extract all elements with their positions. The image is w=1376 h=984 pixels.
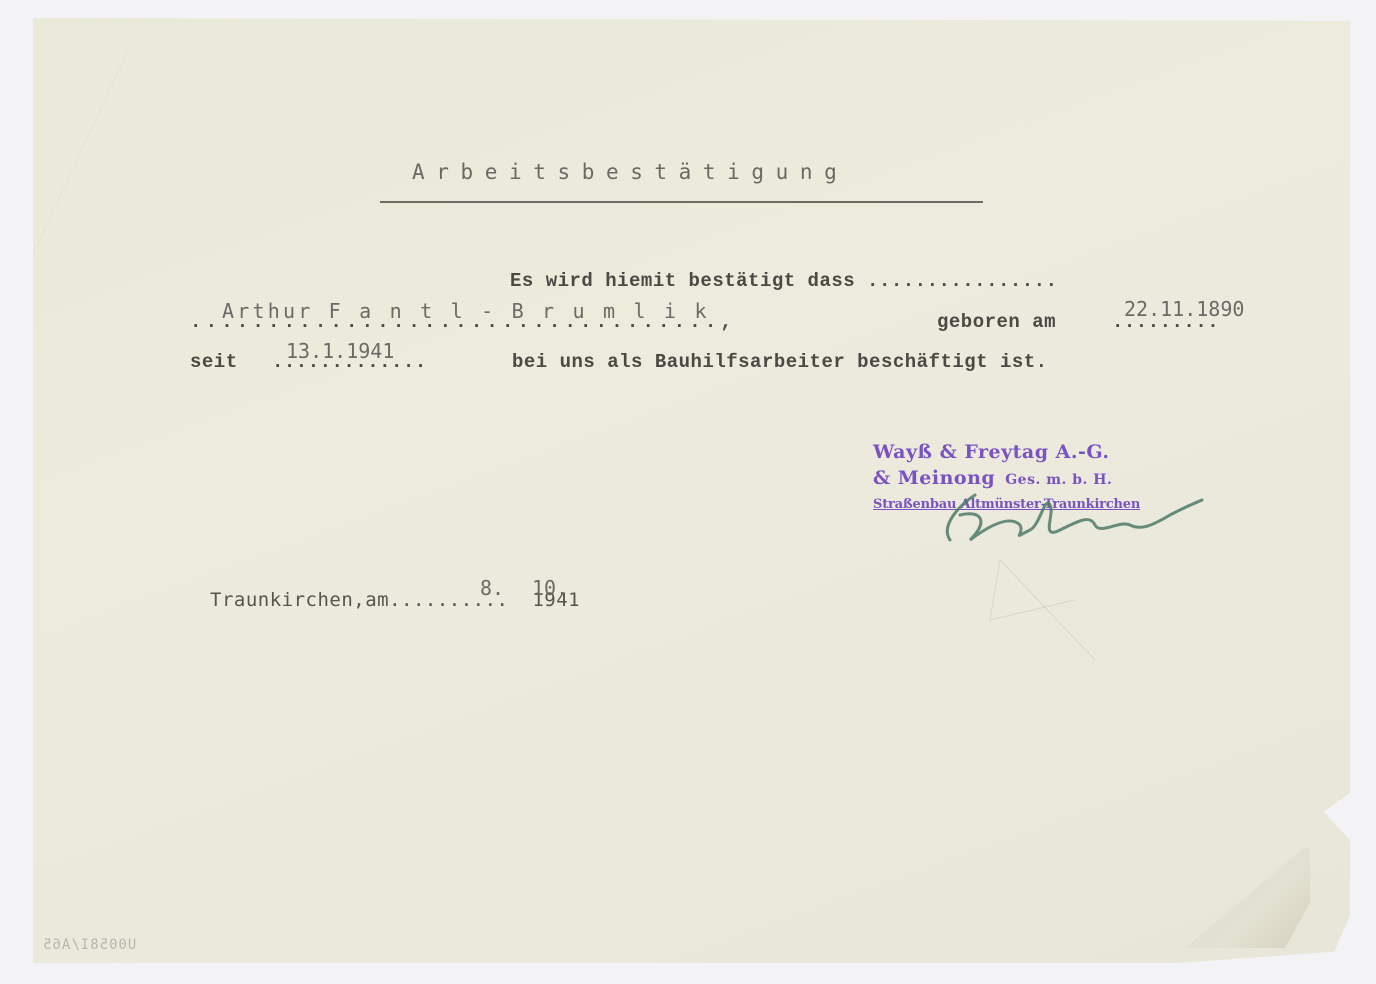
date-month: 10. bbox=[532, 576, 568, 600]
pencil-marks bbox=[985, 560, 1105, 670]
employment-statement: bei uns als Bauhilfsarbeiter beschäftigt… bbox=[512, 351, 1048, 373]
paper-crease bbox=[13, 43, 132, 297]
intro-line: Es wird hiemit bestätigt dass ..........… bbox=[510, 270, 1058, 292]
archival-number: U0058I/A65 bbox=[42, 937, 136, 953]
birth-date: 22.11.1890 bbox=[1124, 297, 1244, 321]
born-label: geboren am bbox=[937, 311, 1056, 333]
stamp-line-1: Wayß & Freytag A.-G. bbox=[873, 441, 1140, 463]
handwritten-signature bbox=[930, 485, 1210, 555]
since-label: seit bbox=[190, 351, 238, 373]
place-date-line: Traunkirchen,am.......... 1941 bbox=[210, 589, 580, 611]
title-underline bbox=[380, 201, 983, 203]
document-title: Arbeitsbestätigung bbox=[412, 160, 848, 184]
date-day: 8. bbox=[480, 576, 504, 600]
employment-start-date: 13.1.1941 bbox=[286, 339, 394, 363]
name-dots: .................................., bbox=[190, 311, 736, 333]
